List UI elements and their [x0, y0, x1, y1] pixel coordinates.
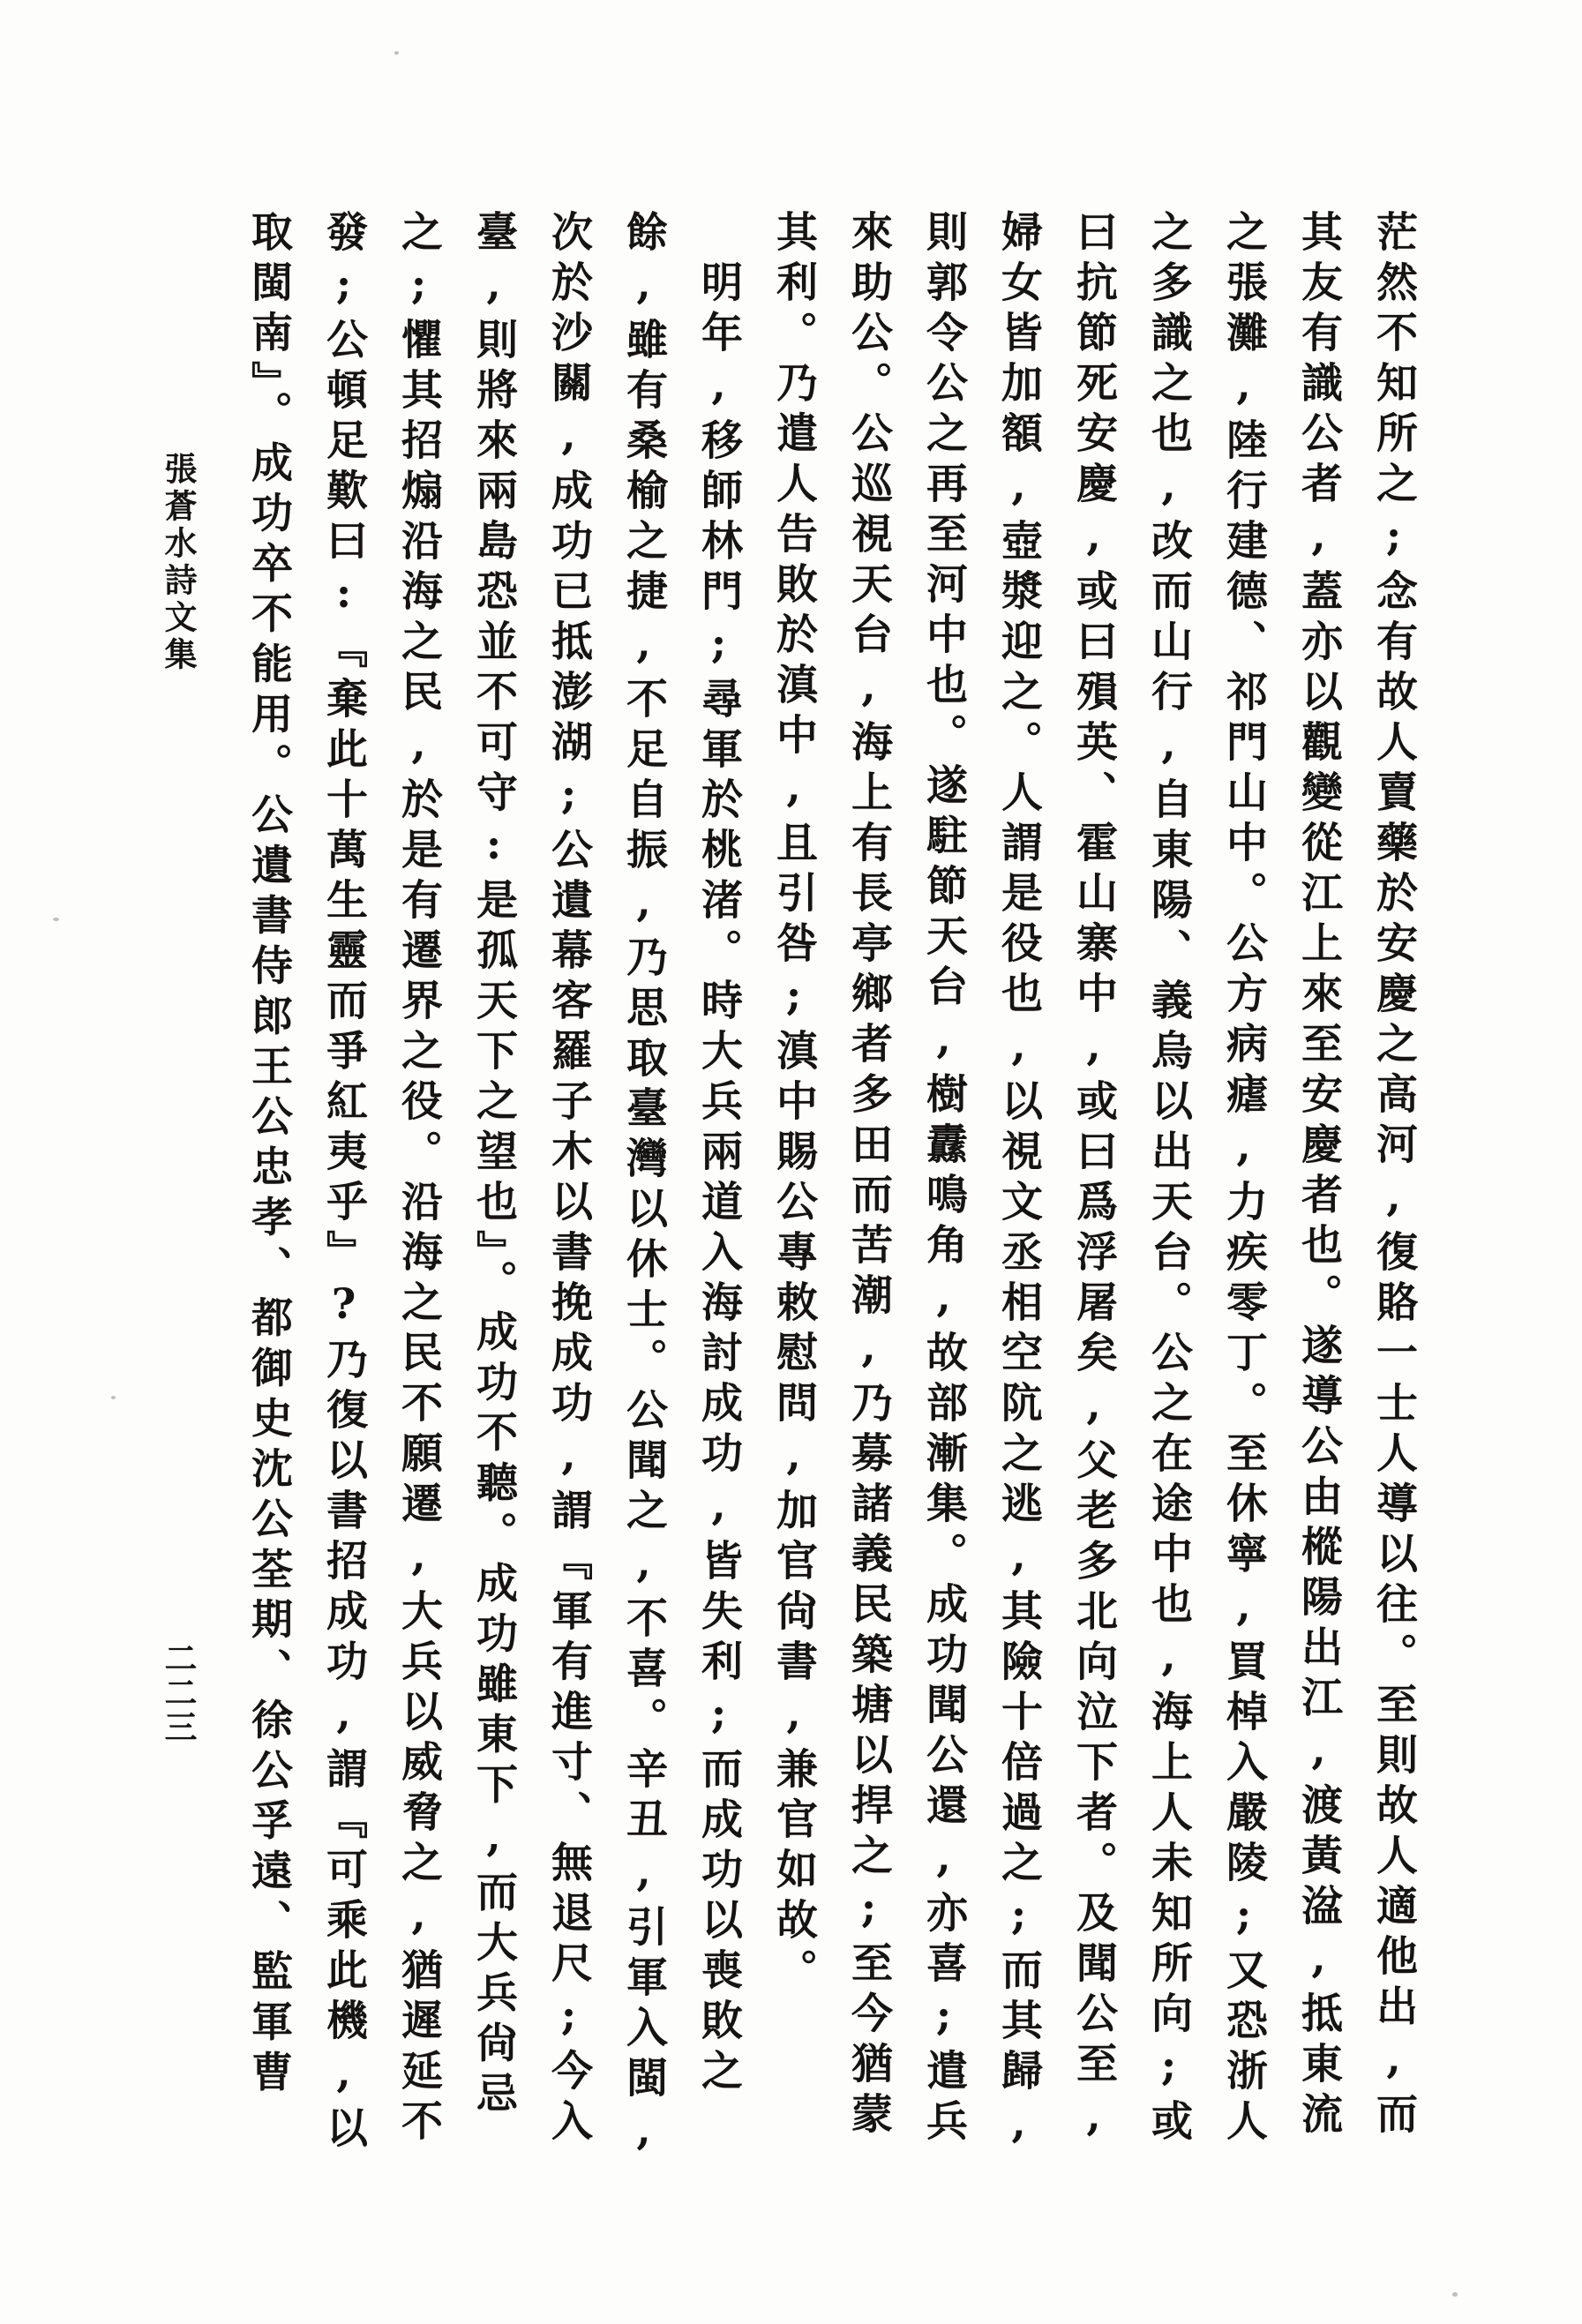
- text-column-9: 其利。乃遣人告敗於滇中,且引咎;滇中賜公專敕慰問,加官尙書,兼官如故。: [756, 210, 831, 2178]
- text-column-15: 發;公頓足歎曰:『棄此十萬生靈而爭紅夷乎』?乃復以書招成功,謂『可乘此機,以: [306, 210, 381, 2178]
- spine-title: 張蒼水詩文集: [155, 452, 201, 674]
- text-column-4: 之多識之也,改而山行,自東陽、義烏以出天台。公之在途中也,海上人未知所向;或: [1131, 210, 1206, 2178]
- text-column-8: 來助公。公巡視天台,海上有長亭鄉者多田而苦潮,乃募諸義民築塘以捍之;至今猶蒙: [831, 210, 906, 2178]
- text-column-3: 之張灘,陸行建德、祁門山中。公方病瘧,力疾零丁。至休寧,買棹入嚴陵;又恐浙人: [1206, 210, 1281, 2178]
- text-column-1: 茫然不知所之;念有故人賣藥於安慶之高河,復賂一士人導以往。至則故人適他出,而: [1356, 210, 1431, 2178]
- scanned-book-page: 茫然不知所之;念有故人賣藥於安慶之高河,復賂一士人導以往。至則故人適他出,而 其…: [0, 0, 1582, 2324]
- text-column-7: 則郭令公之再至河中也。遂駐節天台,樹纛鳴角,故部漸集。成功聞公還,亦喜;遣兵: [906, 210, 981, 2178]
- scan-speck: [111, 1396, 116, 1399]
- text-column-14: 之;懼其招煽沿海之民,於是有遷界之役。沿海之民不願遷,大兵以威脅之,猶遲延不: [381, 210, 456, 2178]
- text-column-16: 取閩南』。成功卒不能用。公遺書侍郎王公忠孝、都御史沈公荃期、徐公孚遠、監軍曹: [231, 210, 306, 2178]
- text-column-13: 臺,則將來兩島恐並不可守:是孤天下之望也』。成功不聽。成功雖東下,而大兵尙忌: [456, 210, 531, 2178]
- main-text-block: 茫然不知所之;念有故人賣藥於安慶之高河,復賂一士人導以往。至則故人適他出,而 其…: [231, 210, 1431, 2178]
- text-column-6: 婦女皆加額,壺漿迎之。人謂是役也,以視文丞相空阬之逃,其險十倍過之;而其歸,: [981, 210, 1056, 2178]
- text-column-10: 明年,移師林門;尋軍於桃渚。時大兵兩道入海討成功,皆失利;而成功以喪敗之: [681, 210, 756, 2178]
- scan-speck: [53, 918, 59, 921]
- scan-speck: [1452, 2292, 1458, 2297]
- scan-speck: [394, 51, 399, 55]
- text-column-5: 曰抗節死安慶,或曰殞英、霍山寨中,或曰爲浮屠矣,父老多北向泣下者。及聞公至,: [1056, 210, 1131, 2178]
- page-number: 二二三: [154, 1641, 203, 1744]
- text-column-11: 餘,雖有桑榆之捷,不足自振,乃思取臺灣以休士。公聞之,不喜。辛丑,引軍入閩,: [606, 210, 681, 2178]
- text-column-2: 其友有識公者,蓋亦以觀變從江上來至安慶者也。遂導公由樅陽出江,渡黃湓,抵東流: [1281, 210, 1356, 2178]
- text-column-12: 次於沙關,成功已抵澎湖;公遺幕客羅子木以書挽成功,謂『軍有進寸、無退尺;今入: [531, 210, 606, 2178]
